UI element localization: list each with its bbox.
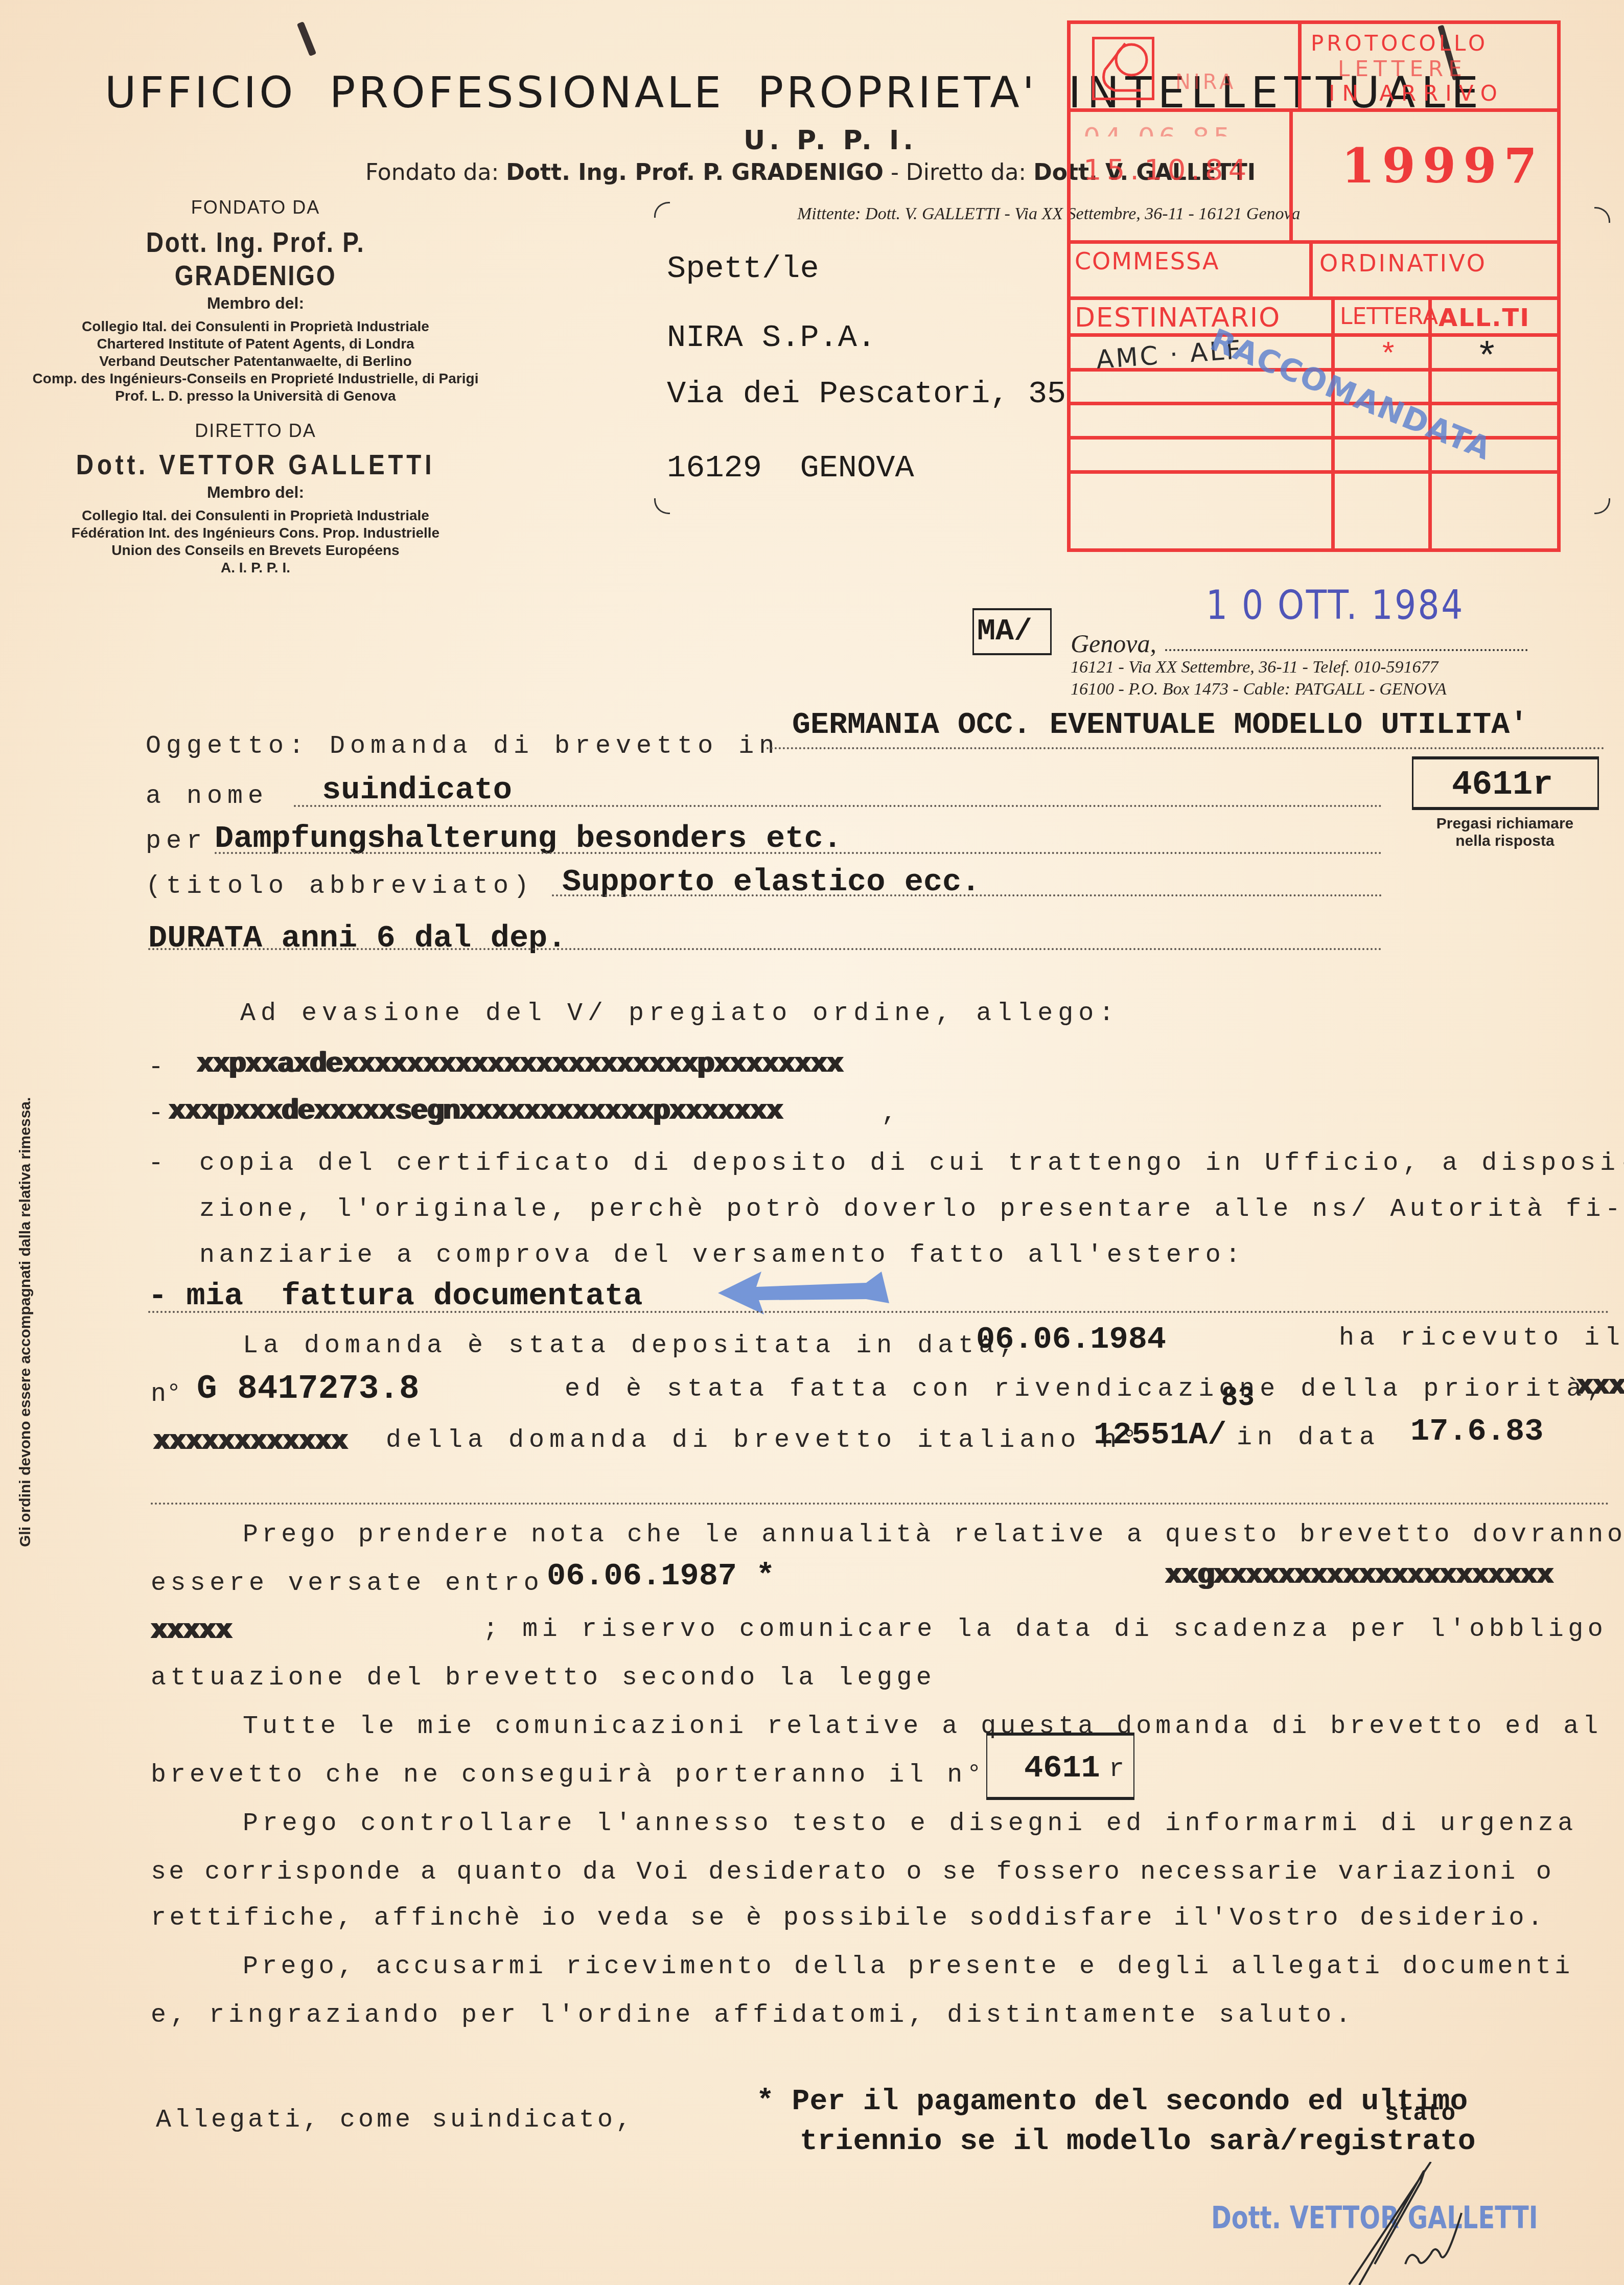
director-memberships: Collegio Ital. dei Consulenti in Proprie… — [31, 507, 480, 576]
priority-struck-end: xxx — [1576, 1370, 1624, 1402]
annuity-struck-b: xxxxx — [151, 1614, 231, 1647]
struck-item-2: xxxpxxxdexxxxxsegnxxxxxxxxxxxxpxxxxxxx — [169, 1095, 782, 1127]
ref-code-box: MA/ — [972, 608, 1052, 655]
protocol-header-1: PROTOCOLLO — [1311, 31, 1488, 56]
membership-item: Collegio Ital. dei Consulenti in Proprie… — [31, 507, 480, 524]
recipient-company: NIRA S.P.A. — [667, 319, 876, 356]
number-prefix: n° — [151, 1380, 181, 1409]
vertical-note: Gli ordini devono essere accompagnati da… — [17, 1159, 34, 1547]
protocol-header-3: IN ARRIVO — [1329, 81, 1504, 106]
recipient-salutation: Spett/le — [667, 250, 819, 287]
per-label: per — [146, 827, 207, 856]
reference-number: 4611r — [1452, 766, 1553, 804]
commessa-label: COMMESSA — [1075, 247, 1220, 275]
membership-item: Fédération Int. des Ingénieurs Cons. Pro… — [31, 524, 480, 542]
attachments-line: Allegati, come suindicato, — [156, 2106, 634, 2135]
allegati-value: * — [1479, 332, 1495, 377]
nira-logo-icon — [1092, 37, 1154, 100]
acronym: U. P. P. I. — [744, 125, 917, 156]
titolo-label: (titolo abbreviato) — [146, 872, 534, 901]
founder-name: Dott. Ing. Prof. P. GRADENIGO — [506, 159, 884, 186]
membership-item: Collegio Ital. dei Consulenti in Proprie… — [31, 318, 480, 335]
item-4: - mia fattura documentata — [148, 1278, 642, 1314]
deposit-text: La domanda è stata depositata in data, — [243, 1331, 1019, 1360]
reference-box: 4611r — [1412, 756, 1599, 810]
membership-item: Chartered Institute of Patent Agents, di… — [31, 335, 480, 353]
list-dash: - — [148, 1053, 169, 1082]
membership-item: Union des Conseils en Brevets Européens — [31, 542, 480, 559]
director-name: Dott. VETTOR GALLETTI — [64, 448, 447, 481]
dotted-line — [148, 1311, 1610, 1313]
dotted-line — [552, 894, 1382, 896]
comms-ref-number: 4611 — [1024, 1750, 1100, 1786]
italian-app-number: 12551A/ — [1094, 1417, 1226, 1453]
item-3-line-1: copia del certificato di deposito di cui… — [199, 1149, 1624, 1178]
priority-struck: xxxxxxxxxxxx — [153, 1425, 347, 1458]
founder-name: Dott. Ing. Prof. P. GRADENIGO — [64, 225, 447, 292]
annuity-date: 06.06.1987 * — [547, 1558, 775, 1594]
subject-country: GERMANIA OCC. EVENTUALE MODELLO UTILITA' — [792, 708, 1528, 743]
dotted-line — [148, 948, 1382, 950]
close-line-2: e, ringraziando per l'ordine affidatomi,… — [151, 2001, 1355, 2030]
lettera-value: * — [1382, 335, 1394, 370]
membership-item: Verband Deutscher Patentanwaelte, di Ber… — [31, 353, 480, 370]
destinatario-label: DESTINATARIO — [1075, 303, 1281, 333]
comms-ref-suffix: r — [1109, 1755, 1124, 1784]
application-number: G 8417273.8 — [197, 1370, 420, 1408]
sidebar: FONDATO DA Dott. Ing. Prof. P. GRADENIGO… — [31, 197, 480, 576]
durata-line: DURATA anni 6 dal dep. — [148, 920, 567, 956]
founded-heading: FONDATO DA — [31, 197, 480, 218]
close-line-1: Prego, accusarmi ricevimento della prese… — [243, 1952, 1573, 1981]
annuity-line-1: Prego prendere nota che le annualità rel… — [243, 1520, 1624, 1550]
staple-mark — [297, 21, 316, 56]
in-data-label: in data — [1237, 1423, 1380, 1452]
dotted-line — [294, 805, 1382, 807]
dateline-place: Genova, — [1071, 629, 1156, 658]
address-window-corner — [654, 202, 670, 218]
recipient-city: 16129 GENOVA — [667, 450, 914, 486]
priority-date: 17.6.83 — [1410, 1413, 1543, 1449]
dotted-line — [215, 852, 1382, 854]
note-line-2: triennio se il modello sarà/registrato — [800, 2125, 1476, 2158]
annuity-line-3: ; mi riservo comunicare la data di scade… — [483, 1615, 1624, 1644]
deposit-date: 06.06.1984 — [976, 1321, 1166, 1357]
nome-value: suindicato — [322, 772, 512, 808]
annuity-prefix: essere versate entro — [151, 1569, 543, 1598]
membership-item: A. I. P. P. I. — [31, 559, 480, 576]
note-line-1: * Per il pagamento del secondo ed ultimo — [756, 2085, 1468, 2118]
received-text: ha ricevuto il — [1339, 1324, 1624, 1353]
check-line-2: se corrisponde a quanto da Voi desiderat… — [151, 1858, 1554, 1887]
protocol-header-2: LETTERE — [1338, 56, 1467, 81]
nome-label: a nome — [146, 782, 268, 811]
recipient-street: Via dei Pescatori, 35 — [667, 376, 1066, 412]
check-line-3: rettifiche, affinchè io veda se è possib… — [151, 1904, 1546, 1933]
office-address-2: 16100 - P.O. Box 1473 - Cable: PATGALL -… — [1071, 680, 1447, 699]
address-window-corner — [1594, 207, 1610, 223]
list-dash: - — [148, 1099, 169, 1128]
date-dots — [1165, 649, 1528, 651]
comms-line-2: brevetto che ne conseguirà porteranno il… — [151, 1761, 986, 1790]
oggetto-label: Oggetto: Domanda di brevetto in — [146, 732, 779, 761]
struck-item-1: xxpxxaxdexxxxxxxxxxxxxxxxxxxxxxpxxxxxxxx — [197, 1048, 843, 1080]
office-name-left: UFFICIO PROFESSIONALE PROPRIETA' — [105, 67, 1037, 118]
director-member-label: Membro del: — [31, 483, 480, 502]
annuity-line-4: attuazione del brevetto secondo la legge — [151, 1664, 936, 1693]
priority-text: ed è stata fatta con rivendicazione dell… — [565, 1375, 1624, 1404]
comms-ref-box: 4611 r — [986, 1733, 1134, 1800]
annuity-struck-a: xxgxxxxxxxxxxxxxxxxxxxxx — [1165, 1559, 1553, 1591]
date-stamp: 1 0 OTT. 1984 — [1206, 583, 1465, 629]
membership-item: Comp. des Ingénieurs-Conseils en Proprie… — [31, 370, 480, 387]
note-insert: stato — [1385, 2101, 1455, 2127]
reference-note: Pregasi richiamare nella risposta — [1416, 815, 1594, 850]
address-window-corner — [654, 498, 670, 514]
intro-line: Ad evasione del V/ pregiato ordine, alle… — [240, 999, 1119, 1028]
list-dash: - — [148, 1149, 169, 1178]
check-line-1: Prego controllare l'annesso testo e dise… — [243, 1809, 1577, 1838]
item-3-line-3: nanziarie a comprova del versamento fatt… — [199, 1241, 1245, 1270]
allegati-label: ALL.TI — [1439, 304, 1530, 332]
italian-app-text: della domanda di brevetto italiano n° — [386, 1426, 1142, 1455]
item-3-line-2: zione, l'originale, perchè potrò doverlo… — [199, 1195, 1624, 1224]
ordinativo-label: ORDINATIVO — [1319, 249, 1487, 277]
protocol-number: 19997 — [1341, 138, 1544, 194]
dotted-line — [767, 747, 1605, 749]
italian-app-year: 83 — [1221, 1382, 1255, 1414]
office-address-1: 16121 - Via XX Settembre, 36-11 - Telef.… — [1071, 658, 1439, 677]
comma: , — [881, 1099, 902, 1128]
founder-memberships: Collegio Ital. dei Consulenti in Proprie… — [31, 318, 480, 405]
signature-icon — [1278, 2162, 1492, 2285]
lettera-label: LETTERA — [1340, 304, 1438, 330]
membership-item: Prof. L. D. presso la Università di Geno… — [31, 387, 480, 405]
ref-code: MA/ — [977, 614, 1032, 649]
directed-heading: DIRETTO DA — [31, 420, 480, 442]
dotted-line — [151, 1503, 1610, 1505]
protocol-date: 15.10.84 — [1083, 153, 1251, 187]
comms-line-1: Tutte le mie comunicazioni relative a qu… — [243, 1712, 1602, 1741]
per-value: Dampfungshalterung besonders etc. — [215, 820, 842, 857]
address-window-corner — [1594, 498, 1610, 514]
logo-text: NIRA — [1175, 71, 1236, 94]
founder-member-label: Membro del: — [31, 294, 480, 313]
